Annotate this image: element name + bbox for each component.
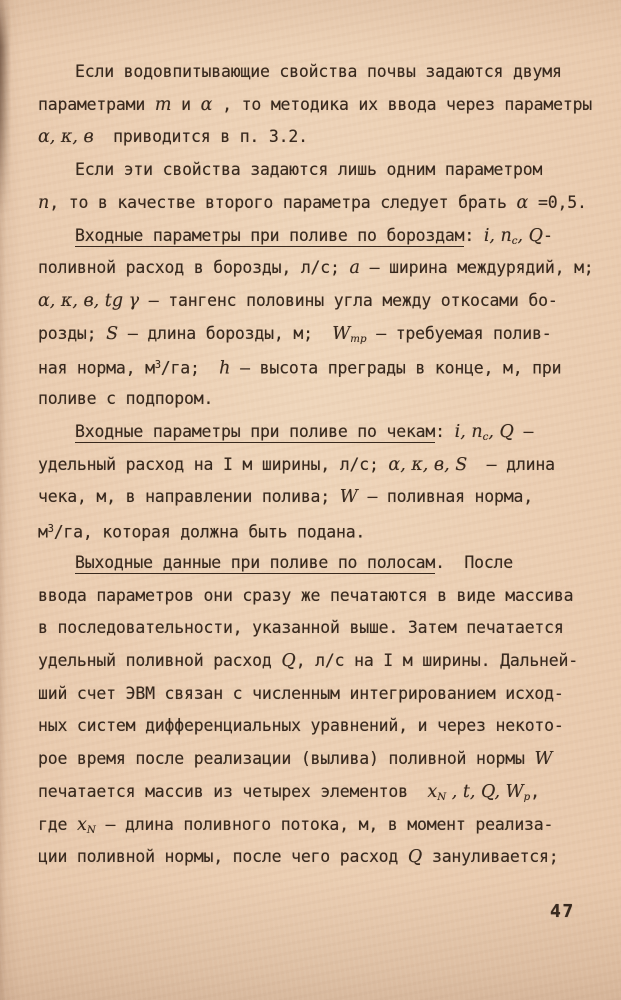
underlined-heading: Выходные данные при поливе по полосам xyxy=(75,553,435,574)
text-run: розды; xyxy=(38,324,106,343)
text-run: , xyxy=(530,782,540,801)
text-run: - xyxy=(543,226,553,245)
math-symbol: α xyxy=(201,95,213,115)
math-symbol: h xyxy=(219,359,230,379)
text-run: рое время после реализации (вылива) поли… xyxy=(38,749,534,768)
text-line: параметрами m и α , то методика их ввода… xyxy=(38,89,594,122)
text-run: и xyxy=(171,95,200,114)
text-run: : xyxy=(464,226,483,245)
text-line: удельный поливной расход Q, л/с на I м ш… xyxy=(38,645,594,678)
math-symbol: α xyxy=(517,193,529,213)
text-run: – поливная норма, xyxy=(358,487,533,506)
text-run: =0,5. xyxy=(528,193,586,212)
text-line: поливной расход в борозды, л/с; a – шири… xyxy=(38,252,594,285)
math-symbol: , Q xyxy=(488,422,513,442)
text-run: , то в качестве второго параметра следуе… xyxy=(49,193,516,212)
math-symbol: i, n xyxy=(484,226,512,246)
text-run: приводится в п. 3.2. xyxy=(94,127,308,146)
text-line: м3/га, которая должна быть подана. xyxy=(38,514,594,547)
text-line: ввода параметров они сразу же печатаются… xyxy=(38,580,594,613)
math-symbol: S xyxy=(106,324,118,344)
text-run: – тангенс половины угла между откосами б… xyxy=(139,291,558,310)
text-run: печатается массив из четырех элементов xyxy=(38,782,427,801)
math-symbol: , Q xyxy=(518,226,543,246)
text-run: – длина поливного потока, м, в момент ре… xyxy=(96,815,554,834)
text-line: розды; S – длина борозды, м; Wтр – требу… xyxy=(38,318,594,351)
text-run: , то методика их ввода через параметры xyxy=(212,95,592,114)
text-run: ввода параметров они сразу же печатаются… xyxy=(38,586,573,605)
text-run: – требуемая полив- xyxy=(367,324,552,343)
underlined-heading: Входные параметры при поливе по чекам xyxy=(75,422,435,443)
text-line: поливе с подпором. xyxy=(38,383,594,416)
text-line: Выходные данные при поливе по полосам. П… xyxy=(38,547,594,580)
math-symbol: a xyxy=(349,258,359,278)
text-run: Если водовпитывающие свойства почвы зада… xyxy=(75,62,562,81)
math-subscript: N xyxy=(87,824,96,835)
book-spine-shadow xyxy=(0,0,11,215)
math-symbol: α, κ, в, tg γ xyxy=(38,291,139,311)
underlined-heading: Входные параметры при поливе по бороздам xyxy=(75,226,464,247)
text-line: α, κ, в приводится в п. 3.2. xyxy=(38,121,594,154)
text-run: – длина xyxy=(467,455,555,474)
text-run: поливной расход в борозды, л/с; xyxy=(38,258,349,277)
text-run: параметрами xyxy=(38,95,155,114)
math-symbol: x xyxy=(77,815,87,835)
math-symbol: W xyxy=(332,324,350,344)
text-line: рое время после реализации (вылива) поли… xyxy=(38,743,594,776)
text-line: n, то в качестве второго параметра следу… xyxy=(38,187,594,220)
math-symbol: n xyxy=(38,193,49,213)
text-run: ных систем дифференциальных уравнений, и… xyxy=(38,716,564,735)
math-symbol: , t, Q, W xyxy=(446,782,523,802)
text-run: – xyxy=(514,422,533,441)
text-run: – длина борозды, м; xyxy=(118,324,332,343)
scanned-book-page: Если водовпитывающие свойства почвы зада… xyxy=(0,0,621,1000)
text-run: – высота преграды в конце, м, при xyxy=(230,359,561,378)
math-symbol: Q xyxy=(281,651,295,671)
text-run: удельный поливной расход xyxy=(38,651,281,670)
text-line: Если водовпитывающие свойства почвы зада… xyxy=(38,56,594,89)
math-symbol: i, n xyxy=(455,422,483,442)
text-run: ший счет ЭВМ связан с численным интегрир… xyxy=(38,684,564,703)
text-line: Если эти свойства задаются лишь одним па… xyxy=(38,154,594,187)
text-run: ная норма, м xyxy=(38,359,155,378)
text-run: : xyxy=(435,422,454,441)
text-run: Если эти свойства задаются лишь одним па… xyxy=(75,160,542,179)
text-line: чека, м, в направлении полива; W – полив… xyxy=(38,481,594,514)
math-symbol: W xyxy=(534,749,552,769)
text-line: ная норма, м3/га; h – высота преграды в … xyxy=(38,350,594,383)
text-run: – ширина междурядий, м; xyxy=(360,258,594,277)
math-symbol: W xyxy=(340,487,358,507)
math-symbol: α, κ, в xyxy=(38,127,94,147)
text-line: удельный расход на I м ширины, л/с; α, κ… xyxy=(38,449,594,482)
text-run: поливе с подпором. xyxy=(38,389,213,408)
text-run: /га, которая должна быть подана. xyxy=(54,523,365,542)
text-line: ший счет ЭВМ связан с численным интегрир… xyxy=(38,678,594,711)
math-symbol: m xyxy=(155,95,172,115)
math-subscript: N xyxy=(437,792,446,803)
text-run: /га; xyxy=(161,359,219,378)
text-run: м xyxy=(38,523,48,542)
page-number: 47 xyxy=(550,901,575,922)
text-line: в последовательности, указанной выше. За… xyxy=(38,612,594,645)
text-run: где xyxy=(38,815,77,834)
math-symbol: α, κ, в, S xyxy=(388,455,467,475)
math-symbol: x xyxy=(427,782,437,802)
text-line: ции поливной нормы, после чего расход Q … xyxy=(38,841,594,874)
math-symbol: Q xyxy=(408,847,422,867)
text-line: Входные параметры при поливе по бороздам… xyxy=(38,220,594,253)
text-run: . После xyxy=(435,553,513,572)
text-line: Входные параметры при поливе по чекам: i… xyxy=(38,416,594,449)
math-subscript: тр xyxy=(350,334,366,345)
text-line: α, κ, в, tg γ – тангенс половины угла ме… xyxy=(38,285,594,318)
text-line: ных систем дифференциальных уравнений, и… xyxy=(38,710,594,743)
text-run: зануливается; xyxy=(422,847,558,866)
text-run: удельный расход на I м ширины, л/с; xyxy=(38,455,388,474)
text-run: чека, м, в направлении полива; xyxy=(38,487,340,506)
text-line: где xN – длина поливного потока, м, в мо… xyxy=(38,809,594,842)
text-run: в последовательности, указанной выше. За… xyxy=(38,618,564,637)
text-run: , л/с на I м ширины. Дальней- xyxy=(296,651,578,670)
text-run: ции поливной нормы, после чего расход xyxy=(38,847,408,866)
text-block: Если водовпитывающие свойства почвы зада… xyxy=(38,56,594,874)
text-line: печатается массив из четырех элементов x… xyxy=(38,776,594,809)
